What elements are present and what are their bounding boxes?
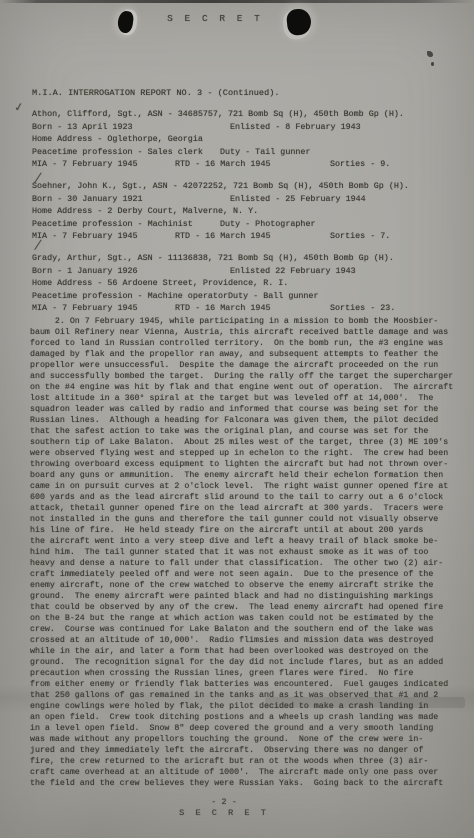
- classification-stamp-bottom: S E C R E T: [0, 808, 448, 819]
- scanned-document-page: S E C R E T M.I.A. INTERROGATION REPORT …: [0, 0, 474, 838]
- home-address-field: Home Address - 2 Derby Court, Malverne, …: [32, 205, 258, 218]
- crew-record: Soehner, John K., Sgt., ASN - 42072252, …: [32, 180, 462, 243]
- rtd-field: RTD - 16 March 1945: [175, 230, 330, 243]
- rtd-field: RTD - 16 March 1945: [175, 302, 330, 315]
- duty-field: Duty - Ball gunner: [228, 290, 318, 303]
- duty-field: Duty - Photographer: [220, 218, 316, 231]
- enlisted-field: Enlisted 22 February 1943: [230, 265, 356, 278]
- profession-field: Peacetime profession - Sales clerk: [32, 146, 220, 159]
- crew-records: Athon, Clifford, Sgt., ASN - 34685757, 7…: [32, 108, 462, 324]
- crew-record: Athon, Clifford, Sgt., ASN - 34685757, 7…: [32, 108, 462, 171]
- sorties-field: Sorties - 9.: [330, 158, 390, 171]
- crew-name-line: Athon, Clifford, Sgt., ASN - 34685757, 7…: [32, 108, 462, 121]
- born-field: Born - 30 January 1921: [32, 193, 230, 206]
- page-number: - 2 -: [0, 797, 448, 808]
- ink-speck: [427, 51, 433, 57]
- sorties-field: Sorties - 7.: [330, 230, 390, 243]
- profession-field: Peacetime profession - Machine operator: [32, 290, 228, 303]
- enlisted-field: Enlisted - 25 February 1944: [230, 193, 366, 206]
- duty-field: Duty - Tail gunner: [220, 146, 310, 159]
- classification-stamp-top: S E C R E T: [0, 13, 430, 24]
- report-paragraph: 2. On 7 February 1945, while participati…: [30, 316, 472, 789]
- mia-field: MIA - 7 February 1945: [32, 158, 175, 171]
- report-title: M.I.A. INTERROGATION REPORT NO. 3 - (Con…: [32, 88, 280, 98]
- crew-name-line: Soehner, John K., Sgt., ASN - 42072252, …: [32, 180, 462, 193]
- sorties-field: Sorties - 23.: [330, 302, 395, 315]
- scan-top-edge: [0, 0, 474, 3]
- mia-field: MIA - 7 February 1945: [32, 230, 175, 243]
- profession-field: Peacetime profession - Machinist: [32, 218, 220, 231]
- page-footer: - 2 - S E C R E T: [0, 797, 448, 819]
- ink-speck: [431, 62, 434, 66]
- born-field: Born - 13 April 1923: [32, 121, 230, 134]
- mia-field: MIA - 7 February 1945: [32, 302, 175, 315]
- rtd-field: RTD - 16 March 1945: [175, 158, 330, 171]
- home-address-field: Home Address - Oglethorpe, Georgia: [32, 133, 203, 146]
- pencil-check-mark: ✓: [14, 100, 24, 116]
- home-address-field: Home Address - 56 Ardoene Street, Provid…: [32, 277, 288, 290]
- scan-smudge: [265, 697, 465, 708]
- crew-record: Grady, Arthur, Sgt., ASN - 11136838, 721…: [32, 252, 462, 315]
- enlisted-field: Enlisted - 8 February 1943: [230, 121, 361, 134]
- crew-name-line: Grady, Arthur, Sgt., ASN - 11136838, 721…: [32, 252, 462, 265]
- born-field: Born - 1 January 1926: [32, 265, 230, 278]
